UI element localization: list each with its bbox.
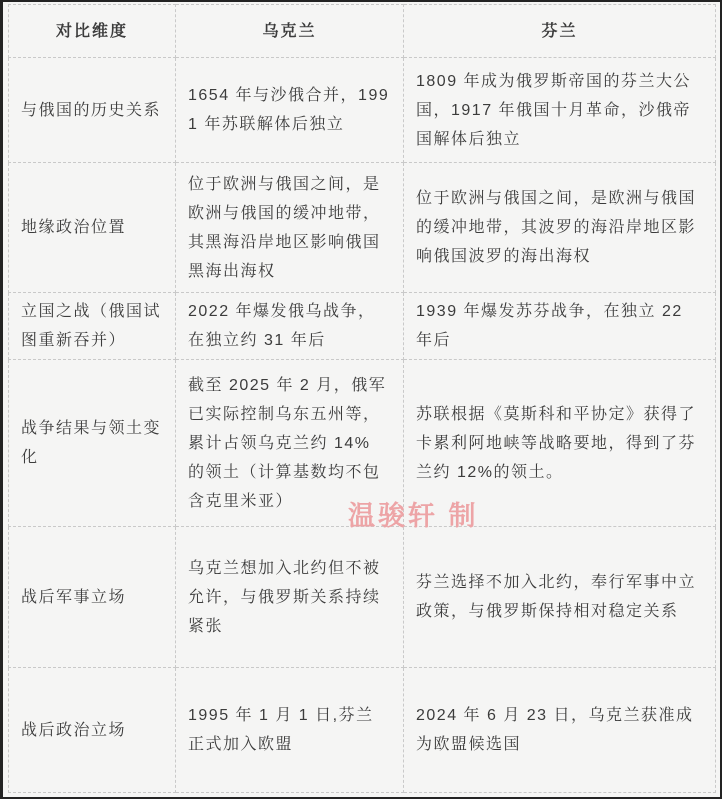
cell-finland-military-stance: 芬兰选择不加入北约，奉行军事中立政策，与俄罗斯保持相对稳定关系 [404,527,716,668]
cell-dimension-military-stance: 战后军事立场 [9,527,176,668]
cell-dimension-political-stance: 战后政治立场 [9,668,176,793]
cell-ukraine-war-result: 截至 2025 年 2 月，俄军已实际控制乌东五州等，累计占领乌克兰约 14% … [176,360,404,527]
table-body: 与俄国的历史关系 1654 年与沙俄合并，1991 年苏联解体后独立 1809 … [9,58,716,793]
header-cell-ukraine: 乌克兰 [176,5,404,58]
table-row-history: 与俄国的历史关系 1654 年与沙俄合并，1991 年苏联解体后独立 1809 … [9,58,716,163]
header-row: 对比维度 乌克兰 芬兰 [9,5,716,58]
cell-finland-founding-war: 1939 年爆发苏芬战争，在独立 22 年后 [404,293,716,360]
table-row-geopolitics: 地缘政治位置 位于欧洲与俄国之间，是欧洲与俄国的缓冲地带，其黑海沿岸地区影响俄国… [9,163,716,293]
header-cell-dimension: 对比维度 [9,5,176,58]
header-cell-finland: 芬兰 [404,5,716,58]
cell-ukraine-founding-war: 2022 年爆发俄乌战争，在独立约 31 年后 [176,293,404,360]
cell-finland-political-stance: 2024 年 6 月 23 日，乌克兰获准成为欧盟候选国 [404,668,716,793]
cell-ukraine-history: 1654 年与沙俄合并，1991 年苏联解体后独立 [176,58,404,163]
comparison-table: 对比维度 乌克兰 芬兰 与俄国的历史关系 1654 年与沙俄合并，1991 年苏… [8,4,716,793]
cell-dimension-geopolitics: 地缘政治位置 [9,163,176,293]
cell-ukraine-military-stance: 乌克兰想加入北约但不被允许，与俄罗斯关系持续紧张 [176,527,404,668]
cell-dimension-war-result: 战争结果与领土变化 [9,360,176,527]
cell-finland-geopolitics: 位于欧洲与俄国之间，是欧洲与俄国的缓冲地带，其波罗的海沿岸地区影响俄国波罗的海出… [404,163,716,293]
cell-finland-war-result: 苏联根据《莫斯科和平协定》获得了卡累利阿地峡等战略要地，得到了芬兰约 12%的领… [404,360,716,527]
cell-finland-history: 1809 年成为俄罗斯帝国的芬兰大公国，1917 年俄国十月革命，沙俄帝国解体后… [404,58,716,163]
cell-dimension-history: 与俄国的历史关系 [9,58,176,163]
table-row-political-stance: 战后政治立场 1995 年 1 月 1 日,芬兰正式加入欧盟 2024 年 6 … [9,668,716,793]
cell-ukraine-geopolitics: 位于欧洲与俄国之间，是欧洲与俄国的缓冲地带，其黑海沿岸地区影响俄国黑海出海权 [176,163,404,293]
table-row-founding-war: 立国之战（俄国试图重新吞并） 2022 年爆发俄乌战争，在独立约 31 年后 1… [9,293,716,360]
cell-ukraine-political-stance: 1995 年 1 月 1 日,芬兰正式加入欧盟 [176,668,404,793]
table-row-war-result: 战争结果与领土变化 截至 2025 年 2 月，俄军已实际控制乌东五州等，累计占… [9,360,716,527]
table-row-military-stance: 战后军事立场 乌克兰想加入北约但不被允许，与俄罗斯关系持续紧张 芬兰选择不加入北… [9,527,716,668]
comparison-table-page: 对比维度 乌克兰 芬兰 与俄国的历史关系 1654 年与沙俄合并，1991 年苏… [0,0,722,799]
cell-dimension-founding-war: 立国之战（俄国试图重新吞并） [9,293,176,360]
table-header: 对比维度 乌克兰 芬兰 [9,5,716,58]
